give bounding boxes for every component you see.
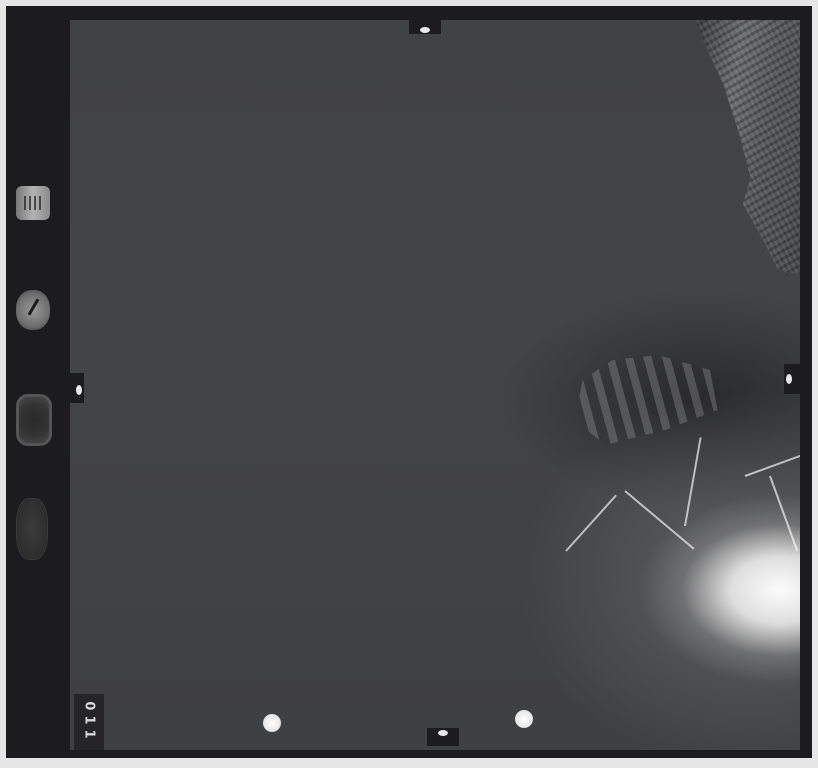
fiducial-top <box>409 16 441 34</box>
altimeter-icon <box>16 186 50 220</box>
frame-number: 011 <box>74 694 104 750</box>
coastline-town <box>690 20 800 275</box>
registration-dot <box>515 710 533 728</box>
fiducial-left <box>66 373 84 403</box>
glint-streak <box>684 437 702 526</box>
glint-streak <box>745 455 800 477</box>
frame-number-text: 011 <box>82 701 97 743</box>
fiducial-bottom <box>427 728 459 746</box>
aerial-photo <box>70 20 800 750</box>
level-bubble-icon <box>16 394 52 446</box>
reef-shallows <box>575 350 725 450</box>
counter-icon <box>16 498 48 560</box>
glint-streak <box>565 495 617 552</box>
clock-icon <box>16 290 50 330</box>
glint-streak <box>769 476 798 552</box>
fiducial-right <box>784 364 802 394</box>
registration-dot <box>263 714 281 732</box>
film-frame: 011 <box>6 6 812 758</box>
